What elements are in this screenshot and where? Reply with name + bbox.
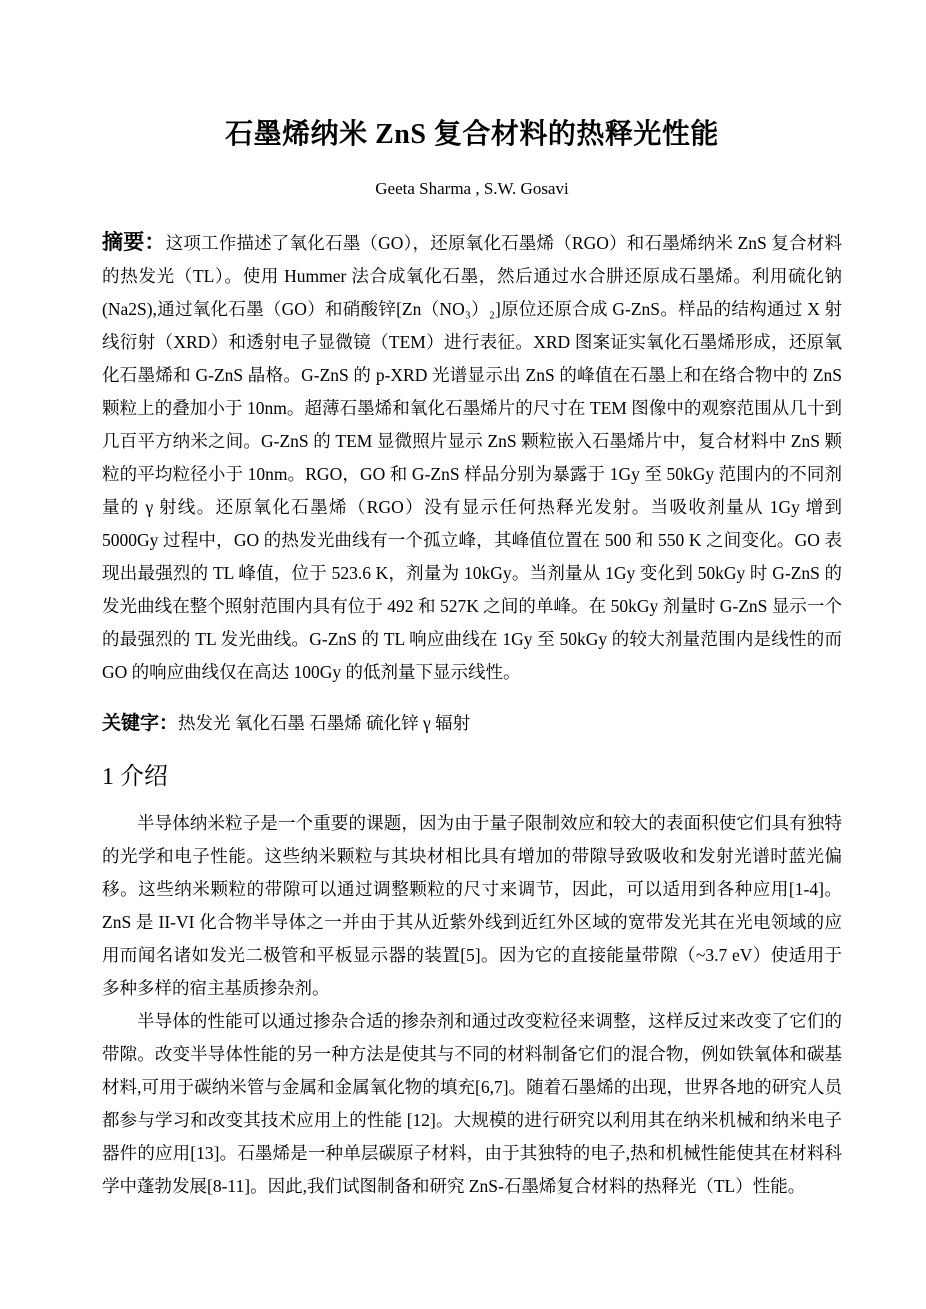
document-page: 石墨烯纳米 ZnS 复合材料的热释光性能 Geeta Sharma , S.W.…	[0, 0, 926, 1309]
intro-paragraph-1: 半导体纳米粒子是一个重要的课题，因为由于量子限制效应和较大的表面积使它们具有独特…	[102, 807, 842, 1005]
keywords-label: 关键字：	[102, 713, 178, 734]
abstract-label: 摘要：	[102, 231, 166, 254]
keywords-line: 关键字：热发光 氧化石墨 石墨烯 硫化锌 γ 辐射	[102, 707, 842, 740]
page-title: 石墨烯纳米 ZnS 复合材料的热释光性能	[102, 118, 842, 152]
keywords-text: 热发光 氧化石墨 石墨烯 硫化锌 γ 辐射	[178, 713, 470, 733]
authors-line: Geeta Sharma , S.W. Gosavi	[102, 178, 842, 199]
abstract-text: 这项工作描述了氧化石墨（GO），还原氧化石墨烯（RGO）和石墨烯纳米 ZnS 复…	[102, 233, 842, 682]
abstract-paragraph: 摘要：这项工作描述了氧化石墨（GO），还原氧化石墨烯（RGO）和石墨烯纳米 Zn…	[102, 226, 842, 689]
section-heading-introduction: 1 介绍	[102, 762, 842, 792]
intro-paragraph-2: 半导体的性能可以通过掺杂合适的掺杂剂和通过改变粒径来调整，这样反过来改变了它们的…	[102, 1005, 842, 1203]
